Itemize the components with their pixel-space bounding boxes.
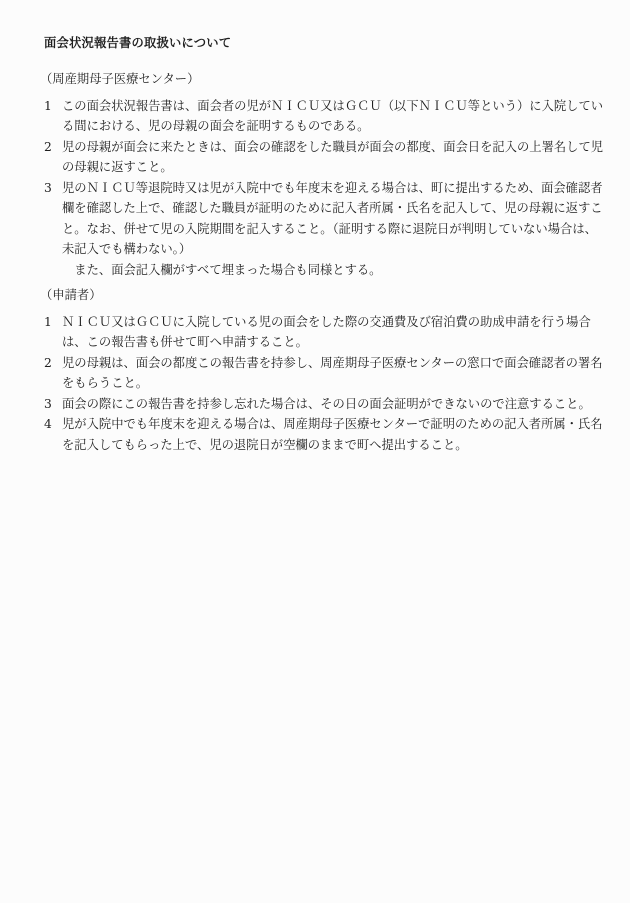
item-line: る間における、児の母親の面会を証明するものである。: [62, 116, 630, 137]
item-line: ＮＩＣＵ又はＧＣＵに入院している児の面会をした際の交通費及び宿泊費の助成申請を行…: [62, 312, 630, 333]
item-line: をもらうこと。: [62, 373, 630, 394]
item-line: 欄を確認した上で、確認した職員が証明のために記入者所属・氏名を記入して、児の母親…: [62, 198, 630, 219]
item-line: 児の母親が面会に来たときは、面会の確認をした職員が面会の都度、面会日を記入の上署…: [62, 137, 630, 158]
section-heading: （周産期母子医療センター）: [40, 69, 630, 90]
item-line: 児の母親は、面会の都度この報告書を持参し、周産期母子医療センターの窓口で面会確認…: [62, 353, 630, 374]
item-number: 1: [44, 312, 62, 333]
item-line: は、この報告書も併せて町へ申請すること。: [62, 332, 630, 353]
item-line: の母親に返すこと。: [62, 157, 630, 178]
item-line: 面会の際にこの報告書を持参し忘れた場合は、その日の面会証明ができないので注意する…: [62, 394, 630, 415]
item-line: と。なお、併せて児の入院期間を記入すること。（証明する際に退院日が判明していない…: [62, 219, 630, 240]
section-heading: （申請者）: [40, 285, 630, 306]
document-section: （周産期母子医療センター） 1 この面会状況報告書は、面会者の児がＮＩＣＵ又はＧ…: [0, 69, 630, 280]
document-page: 面会状況報告書の取扱いについて （周産期母子医療センター） 1 この面会状況報告…: [0, 0, 630, 903]
numbered-item: 1 ＮＩＣＵ又はＧＣＵに入院している児の面会をした際の交通費及び宿泊費の助成申請…: [44, 312, 630, 353]
numbered-item: 2 児の母親が面会に来たときは、面会の確認をした職員が面会の都度、面会日を記入の…: [44, 137, 630, 178]
item-number: 2: [44, 137, 62, 158]
numbered-item: 1 この面会状況報告書は、面会者の児がＮＩＣＵ又はＧＣＵ（以下ＮＩＣＵ等という）…: [44, 96, 630, 137]
item-line: この面会状況報告書は、面会者の児がＮＩＣＵ又はＧＣＵ（以下ＮＩＣＵ等という）に入…: [62, 96, 630, 117]
item-number: 1: [44, 96, 62, 117]
item-lines: 児の母親は、面会の都度この報告書を持参し、周産期母子医療センターの窓口で面会確認…: [62, 353, 630, 394]
item-lines: 児のＮＩＣＵ等退院時又は児が入院中でも年度末を迎える場合は、町に提出するため、面…: [62, 178, 630, 281]
numbered-item: 2 児の母親は、面会の都度この報告書を持参し、周産期母子医療センターの窓口で面会…: [44, 353, 630, 394]
sections: （周産期母子医療センター） 1 この面会状況報告書は、面会者の児がＮＩＣＵ又はＧ…: [0, 69, 630, 455]
section-items: 1 ＮＩＣＵ又はＧＣＵに入院している児の面会をした際の交通費及び宿泊費の助成申請…: [44, 312, 630, 456]
item-number: 3: [44, 178, 62, 199]
section-items: 1 この面会状況報告書は、面会者の児がＮＩＣＵ又はＧＣＵ（以下ＮＩＣＵ等という）…: [44, 96, 630, 281]
numbered-item: 3 面会の際にこの報告書を持参し忘れた場合は、その日の面会証明ができないので注意…: [44, 394, 630, 415]
item-lines: 児の母親が面会に来たときは、面会の確認をした職員が面会の都度、面会日を記入の上署…: [62, 137, 630, 178]
item-lines: この面会状況報告書は、面会者の児がＮＩＣＵ又はＧＣＵ（以下ＮＩＣＵ等という）に入…: [62, 96, 630, 137]
item-number: 3: [44, 394, 62, 415]
item-line: を記入してもらった上で、児の退院日が空欄のままで町へ提出すること。: [62, 435, 630, 456]
document-title: 面会状況報告書の取扱いについて: [44, 33, 231, 54]
item-lines: 面会の際にこの報告書を持参し忘れた場合は、その日の面会証明ができないので注意する…: [62, 394, 630, 415]
item-number: 4: [44, 414, 62, 435]
item-number: 2: [44, 353, 62, 374]
numbered-item: 4 児が入院中でも年度末を迎える場合は、周産期母子医療センターで証明のための記入…: [44, 414, 630, 455]
item-lines: ＮＩＣＵ又はＧＣＵに入院している児の面会をした際の交通費及び宿泊費の助成申請を行…: [62, 312, 630, 353]
document-section: （申請者） 1 ＮＩＣＵ又はＧＣＵに入院している児の面会をした際の交通費及び宿泊…: [0, 285, 630, 455]
item-line: 児が入院中でも年度末を迎える場合は、周産期母子医療センターで証明のための記入者所…: [62, 414, 630, 435]
item-line: また、面会記入欄がすべて埋まった場合も同様とする。: [62, 260, 630, 281]
item-line: 児のＮＩＣＵ等退院時又は児が入院中でも年度末を迎える場合は、町に提出するため、面…: [62, 178, 630, 199]
item-line: 未記入でも構わない。）: [62, 239, 630, 260]
item-lines: 児が入院中でも年度末を迎える場合は、周産期母子医療センターで証明のための記入者所…: [62, 414, 630, 455]
numbered-item: 3 児のＮＩＣＵ等退院時又は児が入院中でも年度末を迎える場合は、町に提出するため…: [44, 178, 630, 281]
